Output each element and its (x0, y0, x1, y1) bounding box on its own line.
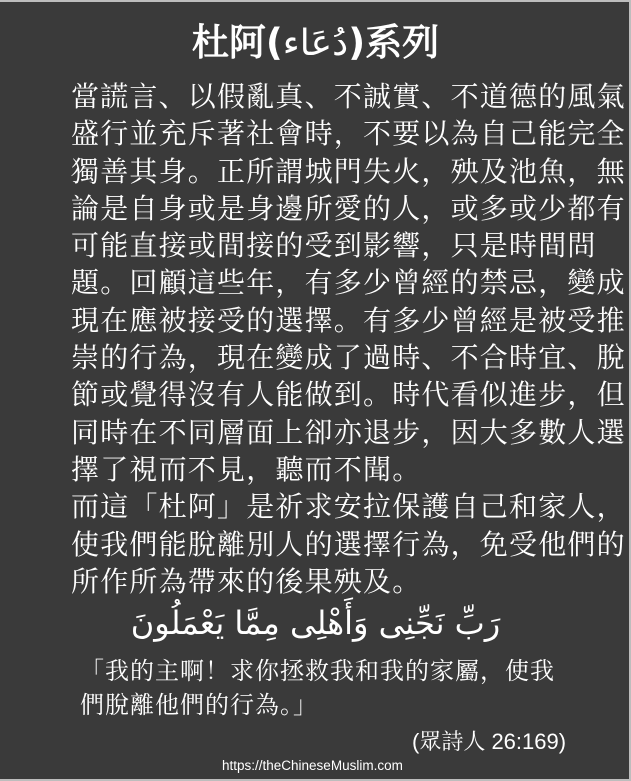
body-line: 論是自身或是身邊所愛的人，或多或少都有 (71, 190, 576, 227)
body-line: 所作所為帶來的後果殃及。 (71, 563, 576, 600)
arabic-verse: رَبِّ نَجِّنِى وَأَهْلِى مِمَّا يَعْمَلُ… (0, 598, 631, 648)
body-line: 同時在不同層面上卻亦退步，因大多數人選 (71, 414, 576, 451)
body-paragraph: 當謊言、以假亂真、不誠實、不道德的風氣 盛行並充斥著社會時，不要以為自己能完全 … (71, 78, 576, 600)
body-line: 題。回顧這些年，有多少曾經的禁忌，變成 (71, 264, 576, 301)
frame-border-top (0, 0, 631, 2)
verse-reference: (眾詩人 26:169) (412, 727, 566, 757)
title-prefix: 杜阿( (192, 21, 283, 64)
title-suffix: )系列 (348, 21, 439, 64)
body-line: 當謊言、以假亂真、不誠實、不道德的風氣 (71, 78, 576, 115)
body-line: 而這「杜阿」是祈求安拉保護自己和家人， (71, 488, 576, 525)
website-url: https://theChineseMuslim.com (222, 757, 403, 775)
body-line: 使我們能脫離別人的選擇行為，免受他們的 (71, 526, 576, 563)
body-line: 獨善其身。正所謂城門失火，殃及池魚，無 (71, 153, 576, 190)
body-line: 盛行並充斥著社會時，不要以為自己能完全 (71, 115, 576, 152)
translation-line: 們脫離他們的行為。」 (80, 688, 580, 722)
body-line: 可能直接或間接的受到影響，只是時間問 (71, 227, 576, 264)
body-line: 現在應被接受的選擇。有多少曾經是被受推 (71, 302, 576, 339)
title-arabic-word: دُعَاء (283, 23, 348, 64)
page-title: 杜阿(دُعَاء)系列 (0, 18, 631, 69)
translation-line: 「我的主啊！求你拯救我和我的家屬，使我 (80, 654, 580, 688)
body-line: 擇了視而不見，聽而不聞。 (71, 451, 576, 488)
verse-translation: 「我的主啊！求你拯救我和我的家屬，使我 們脫離他們的行為。」 (80, 654, 580, 722)
body-line: 節或覺得沒有人能做到。時代看似進步，但 (71, 376, 576, 413)
body-line: 崇的行為，現在變成了過時、不合時宜、脫 (71, 339, 576, 376)
